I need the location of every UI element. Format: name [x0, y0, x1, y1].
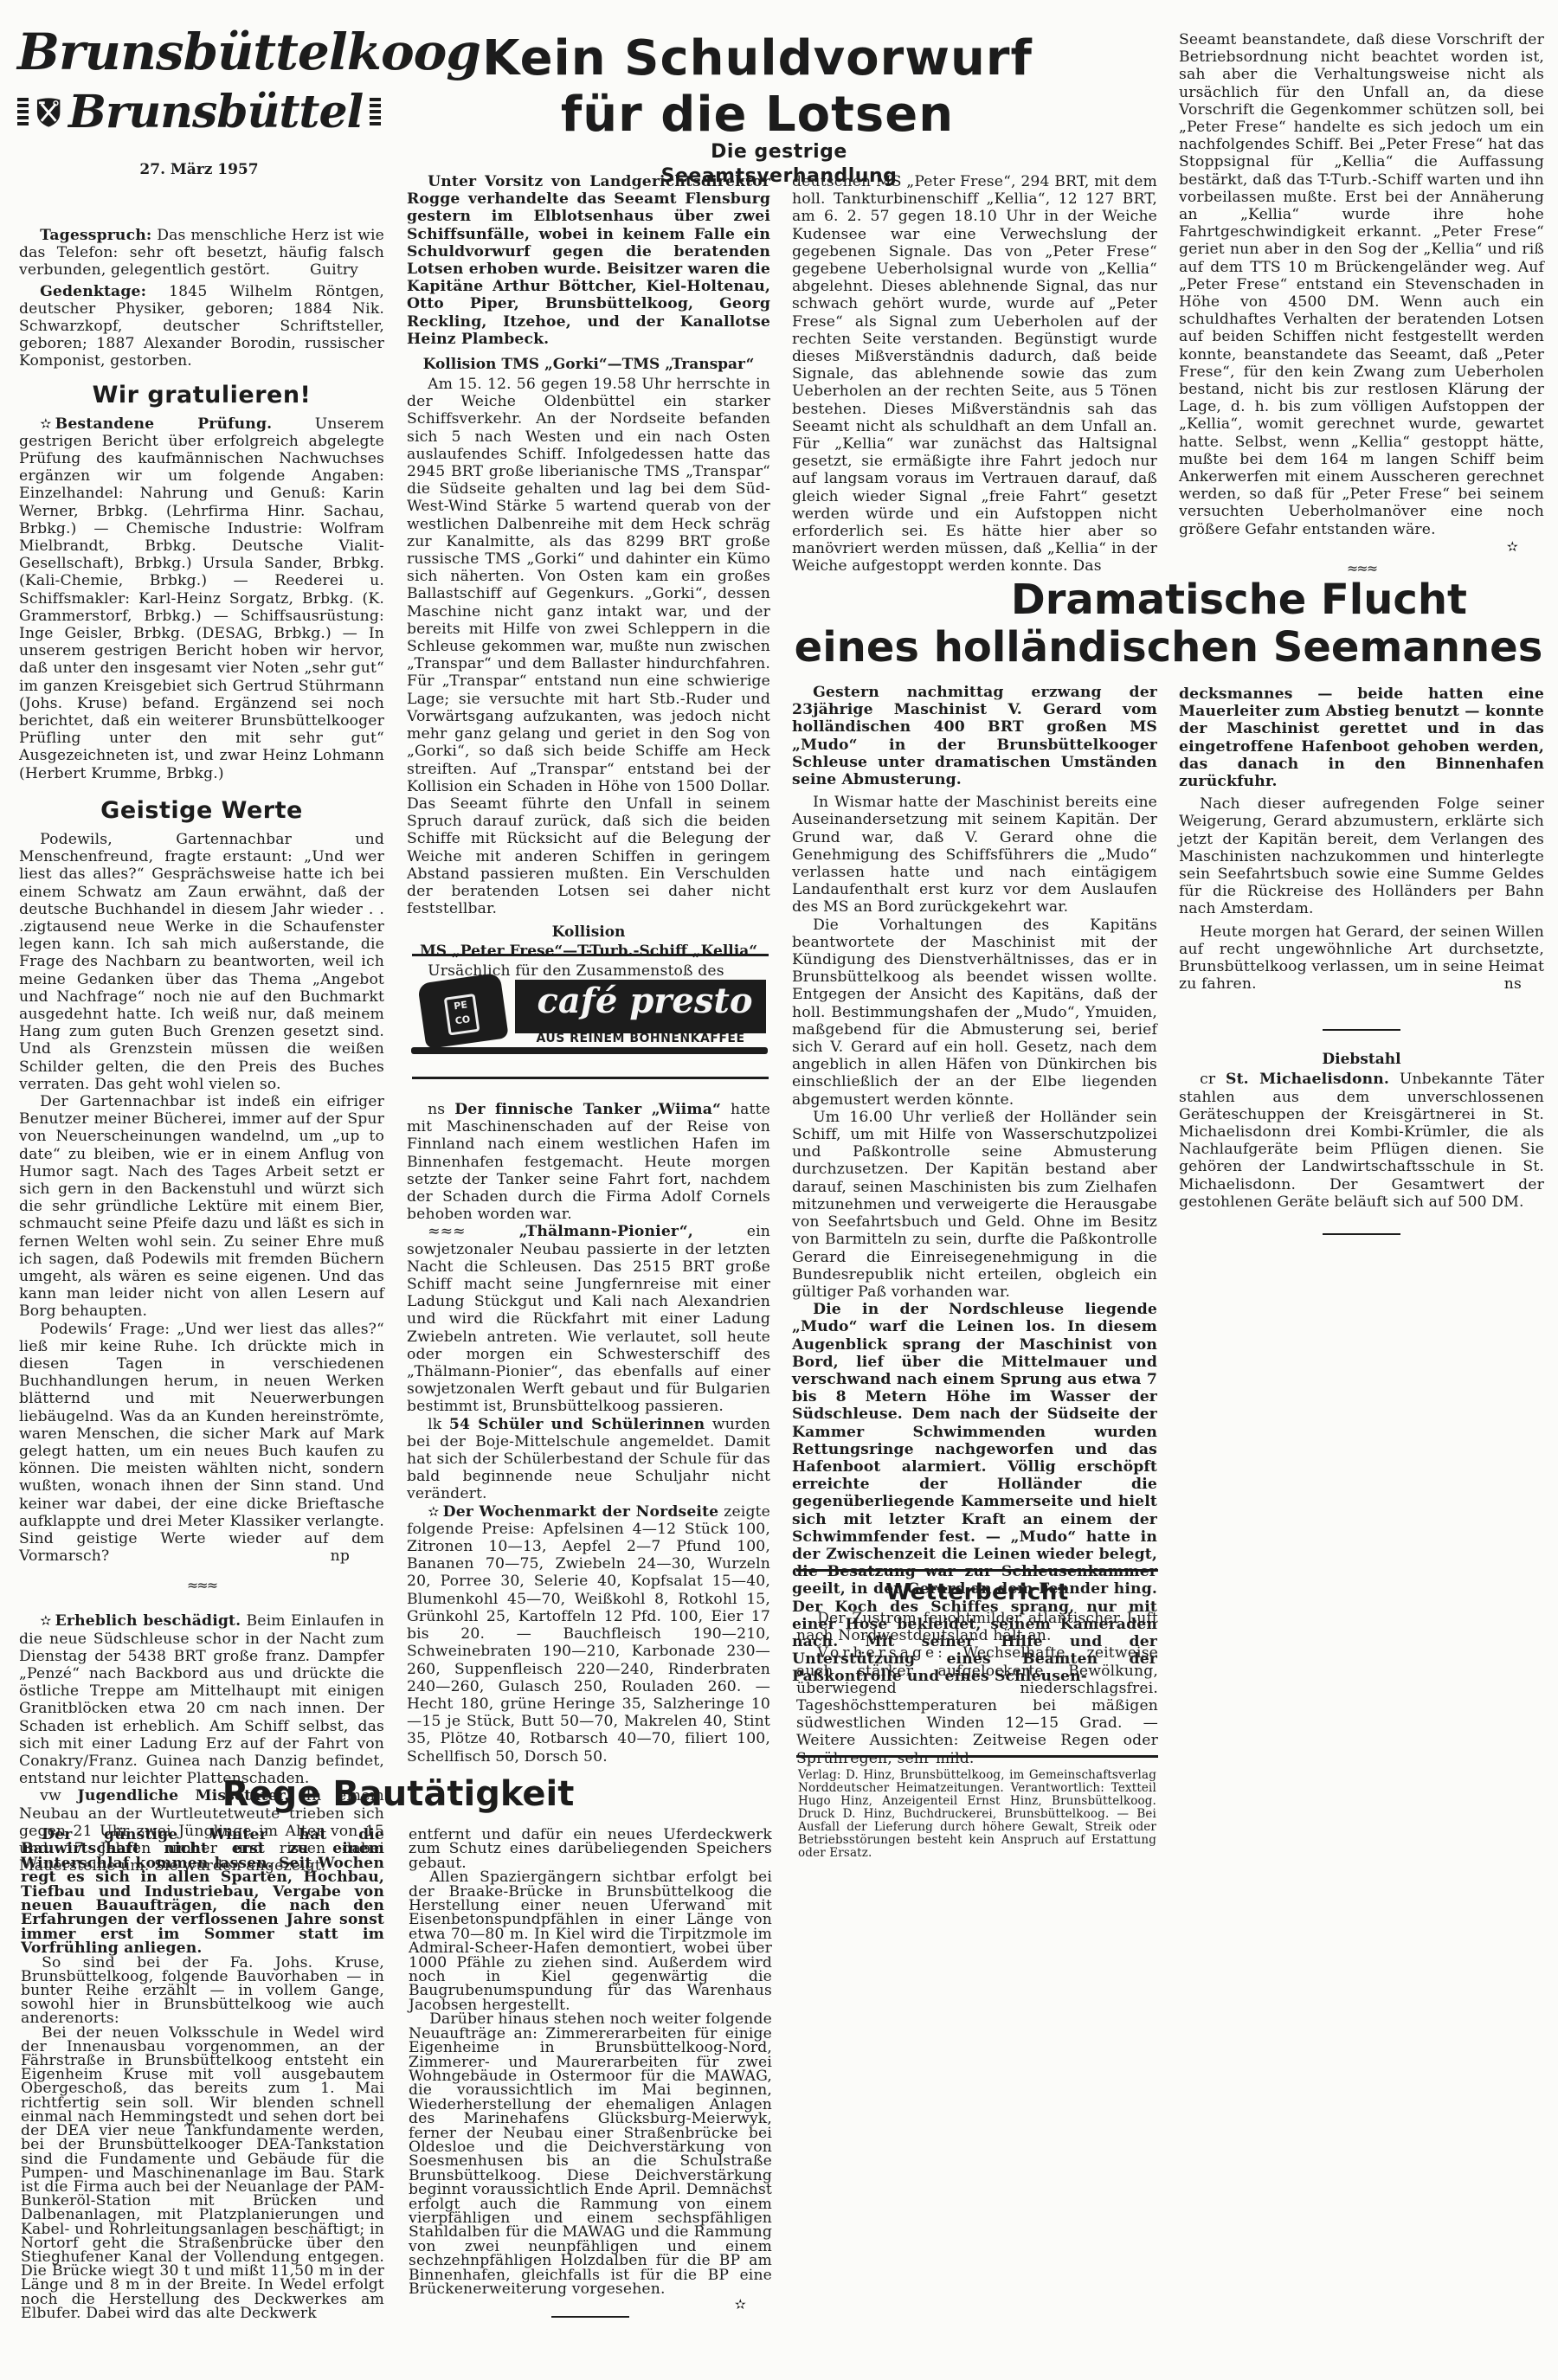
- lotsen-col3-text: deutschen MS „Peter Frese“, 294 BRT, mit…: [792, 173, 1157, 576]
- signature: np: [310, 1547, 350, 1565]
- flucht-lead: Gestern nachmittag erzwang der 23jährige…: [792, 684, 1157, 788]
- bau-column-2: entfernt und dafür ein neues Uferdeckwer…: [409, 1828, 772, 2330]
- imprint: Verlag: D. Hinz, Brunsbüttelkoog, im Gem…: [798, 1769, 1156, 1860]
- masthead-row: Brunsbüttel: [17, 81, 381, 144]
- masthead: Brunsbüttelkoog Brunsbüttel 27. März 195…: [17, 24, 381, 178]
- ad-bottom-rule: [412, 1077, 769, 1079]
- weather-heading: Wetterbericht: [796, 1579, 1158, 1606]
- lotsen-headline-line2: für die Lotsen: [389, 87, 1125, 144]
- star-icon: ✫: [428, 1503, 440, 1520]
- bau-lead: Der günstige Winter hat die Bauwirtschaf…: [21, 1828, 384, 1956]
- weather-bottom-rule: [796, 1755, 1158, 1758]
- bau-p1: So sind bei der Fa. Johs. Kruse, Brunsbü…: [21, 1956, 384, 2026]
- divider: [1323, 1233, 1400, 1235]
- flucht-column-1: Gestern nachmittag erzwang der 23jährige…: [792, 684, 1157, 1686]
- ribbon-left-icon: [17, 98, 29, 127]
- ad-base-bar: [411, 1047, 768, 1054]
- lotsen-col4-text: Seeamt beanstandete, daß diese Vorschrif…: [1179, 31, 1544, 538]
- weather-report: Wetterbericht Der Zustrom feuchtmilder a…: [796, 1579, 1158, 1767]
- left-column: Tagesspruch: Das menschliche Herz ist wi…: [19, 227, 384, 1875]
- star-icon: ✫: [1179, 538, 1518, 555]
- cafe-presto-advertisement[interactable]: PECO café presto AUS REINEM BOHNENKAFFEE: [411, 962, 768, 1049]
- bau-p5: Darüber hinaus stehen noch weiter folgen…: [409, 2012, 772, 2296]
- ribbon-right-icon: [370, 98, 381, 127]
- gedenktage: Gedenktage: 1845 Wilhelm Röntgen, deutsc…: [19, 283, 384, 370]
- bau-headline: Rege Bautätigkeit: [17, 1774, 779, 1814]
- geistige-werte-p3: Podewils‘ Frage: „Und wer liest das alle…: [19, 1321, 384, 1566]
- masthead-title-line2: Brunsbüttel: [68, 88, 363, 137]
- middle-news-column: ns Der finnische Tanker „Wiima“ hatte mi…: [407, 1101, 770, 1766]
- swirl-ornament-icon: ≈≈≈: [1179, 560, 1544, 576]
- section2-title-line1: Kollision: [407, 923, 770, 942]
- bau-p4: Allen Spaziergängern sichtbar erfolgt be…: [409, 1870, 772, 2012]
- divider: [1323, 1029, 1400, 1031]
- star-icon: ✫: [409, 2296, 746, 2312]
- coat-of-arms-icon: [35, 81, 61, 144]
- lotsen-headline: Kein Schuldvorwurf für die Lotsen: [389, 31, 1125, 144]
- geistige-werte-heading: Geistige Werte: [19, 796, 384, 826]
- weather-top-rule: [796, 1569, 1158, 1572]
- flucht-p5: Heute morgen hat Gerard, der seinen Will…: [1179, 923, 1544, 994]
- lotsen-lead: Unter Vorsitz von Landgerichtsdirektor R…: [407, 173, 770, 348]
- gratulieren-text: ✫Bestandene Prüfung. Unserem gestrigen B…: [19, 415, 384, 782]
- flucht-headline-line1: Dramatische Flucht: [792, 576, 1545, 623]
- section1-title: Kollision TMS „Gorki“—TMS „Transpar“: [407, 355, 770, 374]
- wochenmarkt-news: ✫Der Wochenmarkt der Nordseite zeigte fo…: [407, 1503, 770, 1766]
- coffee-can-icon: PECO: [417, 973, 509, 1050]
- geistige-werte-p2: Der Gartennachbar ist indeß ein eifriger…: [19, 1093, 384, 1321]
- star-icon: ✫: [40, 1612, 52, 1629]
- ad-top-rule: [412, 954, 769, 956]
- divider: [551, 2316, 629, 2318]
- weather-intro: Der Zustrom feuchtmilder atlantischer Lu…: [796, 1610, 1158, 1644]
- diebstahl-text: cr St. Michaelisdonn. Unbekannte Täter s…: [1179, 1071, 1544, 1211]
- geistige-werte-p1: Podewils, Gartennachbar und Menschenfreu…: [19, 831, 384, 1093]
- flucht-headline: Dramatische Flucht eines holländischen S…: [792, 576, 1545, 672]
- masthead-title-line1: Brunsbüttelkoog: [17, 24, 381, 80]
- swirl-ornament-icon: ≈≈≈: [428, 1223, 466, 1240]
- swirl-ornament-icon: ≈≈≈: [19, 1577, 384, 1593]
- section2-title-line2: MS „Peter Frese“—T-Turb.-Schiff „Kellia“: [407, 942, 770, 961]
- tagesspruch: Tagesspruch: Das menschliche Herz ist wi…: [19, 227, 384, 280]
- lotsen-headline-line1: Kein Schuldvorwurf: [389, 31, 1125, 87]
- diebstahl-heading: Diebstahl: [1179, 1050, 1544, 1069]
- thaelmann-news: ≈≈≈ „Thälmann-Pionier“, ein sowjetzonale…: [407, 1223, 770, 1415]
- flucht-p1: In Wismar hatte der Maschinist bereits e…: [792, 794, 1157, 916]
- brand-name: café presto: [524, 981, 766, 1021]
- flucht-bold-paragraph-cont: decksmannes — beide hatten eine Mauerlei…: [1179, 685, 1544, 790]
- flucht-p3: Um 16.00 Uhr verließ der Holländer sein …: [792, 1109, 1157, 1301]
- flucht-column-2: decksmannes — beide hatten eine Mauerlei…: [1179, 685, 1544, 1247]
- imprint-text: Verlag: D. Hinz, Brunsbüttelkoog, im Gem…: [798, 1769, 1156, 1860]
- flucht-p2: Die Vorhaltungen des Kapitäns beantworte…: [792, 917, 1157, 1109]
- brand-tagline: AUS REINEM BOHNENKAFFEE: [515, 1032, 766, 1045]
- star-icon: ✫: [40, 415, 52, 432]
- lotsen-column-1: Unter Vorsitz von Landgerichtsdirektor R…: [407, 173, 770, 981]
- issue-date: 27. März 1957: [17, 161, 381, 178]
- bau-column-1: Der günstige Winter hat die Bauwirtschaf…: [21, 1828, 384, 2320]
- lotsen-column-3: Seeamt beanstandete, daß diese Vorschrif…: [1179, 31, 1544, 582]
- signature: ns: [1484, 975, 1522, 993]
- lotsen-column-2: deutschen MS „Peter Frese“, 294 BRT, mit…: [792, 173, 1157, 576]
- beschaedigt-text: ✫Erheblich beschädigt. Beim Einlaufen in…: [19, 1612, 384, 1787]
- peco-logo: PECO: [444, 994, 480, 1036]
- flucht-p4: Nach dieser aufregenden Folge seiner Wei…: [1179, 795, 1544, 917]
- gratulieren-heading: Wir gratulieren!: [19, 381, 384, 410]
- flucht-headline-line2: eines holländischen Seemannes: [792, 623, 1545, 672]
- wiima-news: ns Der finnische Tanker „Wiima“ hatte mi…: [407, 1101, 770, 1223]
- schueler-news: lk 54 Schüler und Schülerinnen wurden be…: [407, 1416, 770, 1503]
- bau-p3: entfernt und dafür ein neues Uferdeckwer…: [409, 1828, 772, 1870]
- section1-text: Am 15. 12. 56 gegen 19.58 Uhr herrschte …: [407, 376, 770, 917]
- weather-forecast: Vorhersage: Wechselhafte, zeitweise auch…: [796, 1644, 1158, 1766]
- bau-p2: Bei der neuen Volksschule in Wedel wird …: [21, 2026, 384, 2320]
